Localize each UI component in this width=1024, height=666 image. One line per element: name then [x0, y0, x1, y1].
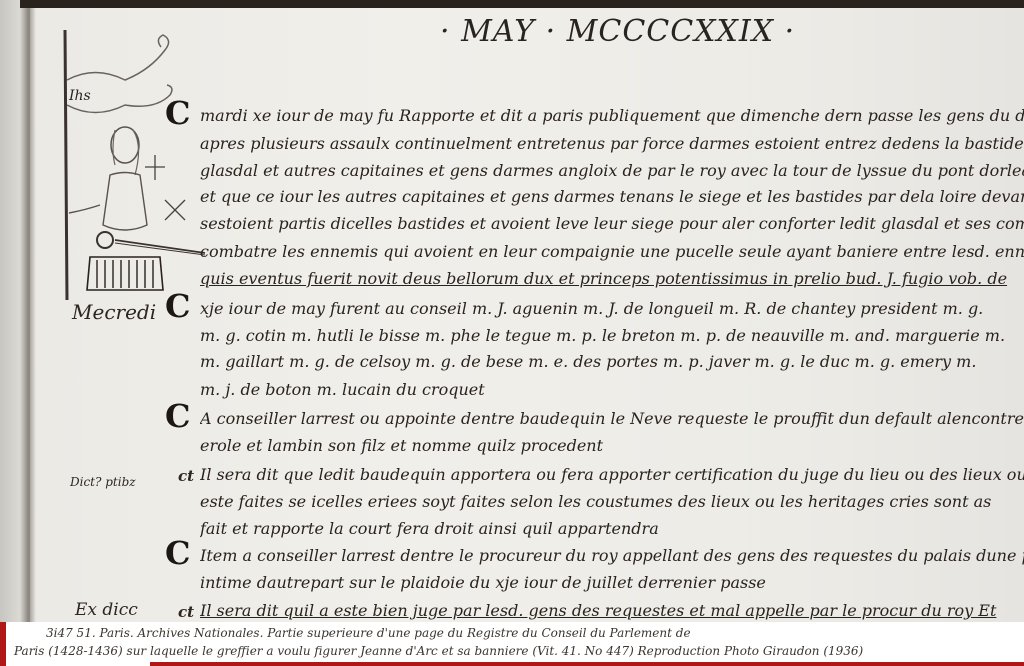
caption-line-1: 3i47 51. Paris. Archives Nationales. Par…: [46, 626, 691, 640]
manuscript-line: erole et lambin son filz et nomme quilz …: [200, 436, 1024, 455]
manuscript-line: Il sera dit que ledit baudequin apporter…: [200, 465, 1024, 484]
manuscript-line: este faites se icelles eriees soyt faite…: [200, 492, 1024, 511]
manuscript-line: combatre les ennemis qui avoient en leur…: [200, 242, 1024, 261]
paragraph-capital: C: [165, 94, 190, 132]
joan-of-arc-drawing-icon: Ihs: [55, 25, 215, 305]
paragraph-capital: C: [165, 534, 190, 572]
manuscript-page: · MAY · MCCCCXXIX · Ihs Mecredi Dict? pt…: [0, 0, 1024, 622]
manuscript-line: A conseiller larrest ou appointe dentre …: [200, 409, 1024, 428]
marginal-note-ex-dicc: Ex dicc: [75, 600, 138, 620]
red-border-bar: [150, 662, 1024, 666]
manuscript-line: m. gaillart m. g. de celsoy m. g. de bes…: [200, 352, 1024, 371]
marginal-note-dict-ptibz: Dict? ptibz: [70, 475, 136, 489]
manuscript-line: apres plusieurs assaulx continuelment en…: [200, 134, 1024, 153]
paragraph-capital: C: [165, 287, 190, 325]
page-heading: · MAY · MCCCCXXIX ·: [440, 14, 795, 49]
archive-caption: 3i47 51. Paris. Archives Nationales. Par…: [0, 622, 1024, 666]
manuscript-line: m. g. cotin m. hutli le bisse m. phe le …: [200, 326, 1024, 345]
manuscript-line: xje iour de may furent au conseil m. J. …: [200, 299, 1024, 318]
manuscript-line: intime dautrepart sur le plaidoie du xje…: [200, 573, 1024, 592]
banner-text: Ihs: [68, 88, 91, 104]
paragraph-mark: ct: [178, 467, 194, 485]
manuscript-line: et que ce iour les autres capitaines et …: [200, 187, 1024, 206]
manuscript-line-underlined: Il sera dit quil a este bien juge par le…: [200, 601, 1024, 620]
manuscript-line: fait et rapporte la court fera droit ain…: [200, 519, 1024, 538]
manuscript-line-underlined: quis eventus fuerit novit deus bellorum …: [200, 269, 1024, 288]
binding-edge: [0, 0, 30, 622]
manuscript-line: m. j. de boton m. lucain du croquet: [200, 380, 1024, 399]
manuscript-line: Item a conseiller larrest dentre le proc…: [200, 546, 1024, 565]
caption-line-2: Paris (1428-1436) sur laquelle le greffi…: [14, 644, 863, 658]
paragraph-capital: C: [165, 397, 190, 435]
paragraph-mark: ct: [178, 603, 194, 621]
manuscript-line: sestoient partis dicelles bastides et av…: [200, 214, 1024, 233]
top-shadow-edge: [20, 0, 1024, 8]
marginal-note-mecredi: Mecredi: [72, 300, 156, 324]
manuscript-line: mardi xe iour de may fu Rapporte et dit …: [200, 106, 1024, 125]
manuscript-line: glasdal et autres capitaines et gens dar…: [200, 161, 1024, 180]
